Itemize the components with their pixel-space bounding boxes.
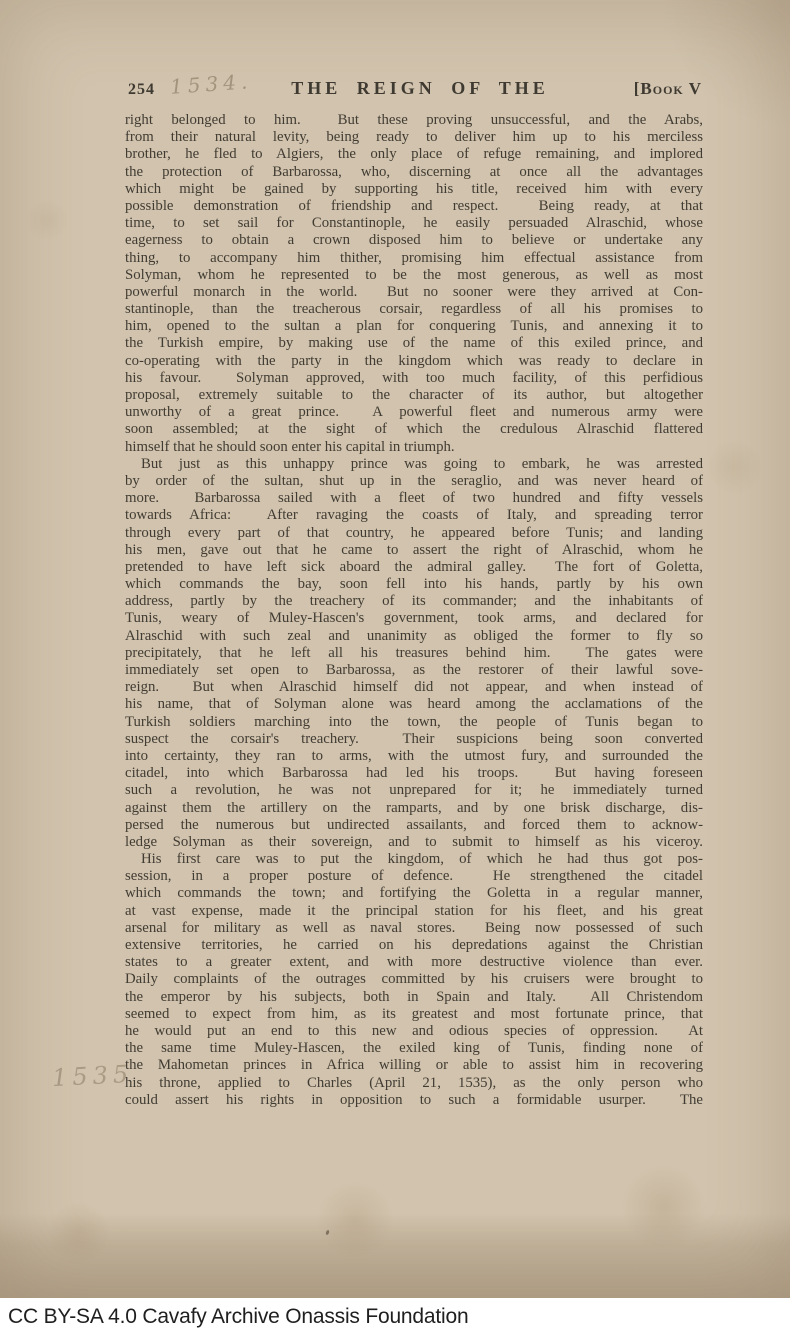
text-line: him, opened to the sultan a plan for con…	[125, 318, 703, 335]
text-line: citadel, into which Barbarossa had led h…	[125, 765, 703, 782]
text-line: which might be gained by supporting his …	[125, 181, 703, 198]
text-line: from their natural levity, being ready t…	[125, 129, 703, 146]
text-line: seemed to expect from him, as its greate…	[125, 1006, 703, 1023]
text-line: ledge Solyman as their sovereign, and to…	[125, 834, 703, 851]
text-line: extensive territories, he carried on his…	[125, 937, 703, 954]
text-line: by order of the sultan, shut up in the s…	[125, 473, 703, 490]
text-line: such a revolution, he was not unprepared…	[125, 782, 703, 799]
text-line: persed the numerous but undirected assai…	[125, 817, 703, 834]
text-line: the Mahometan princes in Africa willing …	[125, 1057, 703, 1074]
book-page-scan: 254 1534. THE REIGN OF THE [Book V right…	[0, 0, 790, 1298]
text-line: right belonged to him. But these proving…	[125, 112, 703, 129]
text-line: co-operating with the party in the kingd…	[125, 353, 703, 370]
book-volume-label: [Book V	[634, 79, 702, 99]
text-line: himself that he should soon enter his ca…	[125, 439, 703, 456]
handwritten-date-margin: 1535	[51, 1060, 133, 1092]
text-line: Daily complaints of the outrages committ…	[125, 971, 703, 988]
text-line: Turkish soldiers marching into the town,…	[125, 714, 703, 731]
text-line: he would put an end to this new and odio…	[125, 1023, 703, 1040]
text-block: right belonged to him. But these proving…	[125, 112, 703, 1109]
text-line: his men, gave out that he came to assert…	[125, 542, 703, 559]
text-line: Tunis, weary of Muley-Hascen's governmen…	[125, 610, 703, 627]
text-line: brother, he fled to Algiers, the only pl…	[125, 146, 703, 163]
text-line: states to a greater extent, and with mor…	[125, 954, 703, 971]
text-line: reign. But when Alraschid himself did no…	[125, 679, 703, 696]
text-line: his favour. Solyman approved, with too m…	[125, 370, 703, 387]
text-line: precipitately, that he left all his trea…	[125, 645, 703, 662]
text-line: His first care was to put the kingdom, o…	[125, 851, 703, 868]
text-line: eagerness to obtain a crown disposed him…	[125, 232, 703, 249]
text-line: which commands the town; and fortifying …	[125, 885, 703, 902]
text-line: But just as this unhappy prince was goin…	[125, 456, 703, 473]
text-line: more. Barbarossa sailed with a fleet of …	[125, 490, 703, 507]
text-line: unworthy of a great prince. A powerful f…	[125, 404, 703, 421]
text-line: pretended to have left sick aboard the a…	[125, 559, 703, 576]
page-number: 254	[128, 81, 155, 99]
text-line: through every part of that country, he a…	[125, 525, 703, 542]
text-line: Alraschid with such zeal and unanimity a…	[125, 628, 703, 645]
text-line: thing, to accompany him thither, promisi…	[125, 250, 703, 267]
page-header: 254 1534. THE REIGN OF THE [Book V	[0, 78, 790, 102]
text-line: the emperor by his subjects, both in Spa…	[125, 989, 703, 1006]
text-line: at vast expense, made it the principal s…	[125, 903, 703, 920]
text-line: proposal, extremely suitable to the char…	[125, 387, 703, 404]
paragraph: right belonged to him. But these proving…	[125, 112, 703, 456]
license-bar: CC BY-SA 4.0 Cavafy Archive Onassis Foun…	[0, 1298, 790, 1335]
text-line: stantinople, than the treacherous corsai…	[125, 301, 703, 318]
text-line: his name, that of Solyman alone was hear…	[125, 696, 703, 713]
text-line: possible demonstration of friendship and…	[125, 198, 703, 215]
text-line: the Turkish empire, by making use of the…	[125, 335, 703, 352]
text-line: address, partly by the treachery of its …	[125, 593, 703, 610]
license-text: CC BY-SA 4.0 Cavafy Archive Onassis Foun…	[8, 1305, 468, 1329]
text-line: suspect the corsair's treachery. Their s…	[125, 731, 703, 748]
text-line: immediately set open to Barbarossa, as t…	[125, 662, 703, 679]
text-line: against them the artillery on the rampar…	[125, 800, 703, 817]
text-line: arsenal for military as well as naval st…	[125, 920, 703, 937]
text-line: session, in a proper posture of defence.…	[125, 868, 703, 885]
running-title: THE REIGN OF THE	[230, 78, 610, 99]
text-line: powerful monarch in the world. But no so…	[125, 284, 703, 301]
text-line: the protection of Barbarossa, who, disce…	[125, 164, 703, 181]
text-line: towards Africa: After ravaging the coast…	[125, 507, 703, 524]
text-line: the same time Muley-Hascen, the exiled k…	[125, 1040, 703, 1057]
text-line: soon assembled; at the sight of which th…	[125, 421, 703, 438]
text-line: into certainty, they ran to arms, with t…	[125, 748, 703, 765]
text-line: his throne, applied to Charles (April 21…	[125, 1075, 703, 1092]
text-line: which commands the bay, soon fell into h…	[125, 576, 703, 593]
text-line: time, to set sail for Constantinople, he…	[125, 215, 703, 232]
paragraph: His first care was to put the kingdom, o…	[125, 851, 703, 1109]
text-line: Solyman, whom he represented to be the m…	[125, 267, 703, 284]
text-line: could assert his rights in opposition to…	[125, 1092, 703, 1109]
paragraph: But just as this unhappy prince was goin…	[125, 456, 703, 851]
ink-speck	[325, 1230, 330, 1236]
